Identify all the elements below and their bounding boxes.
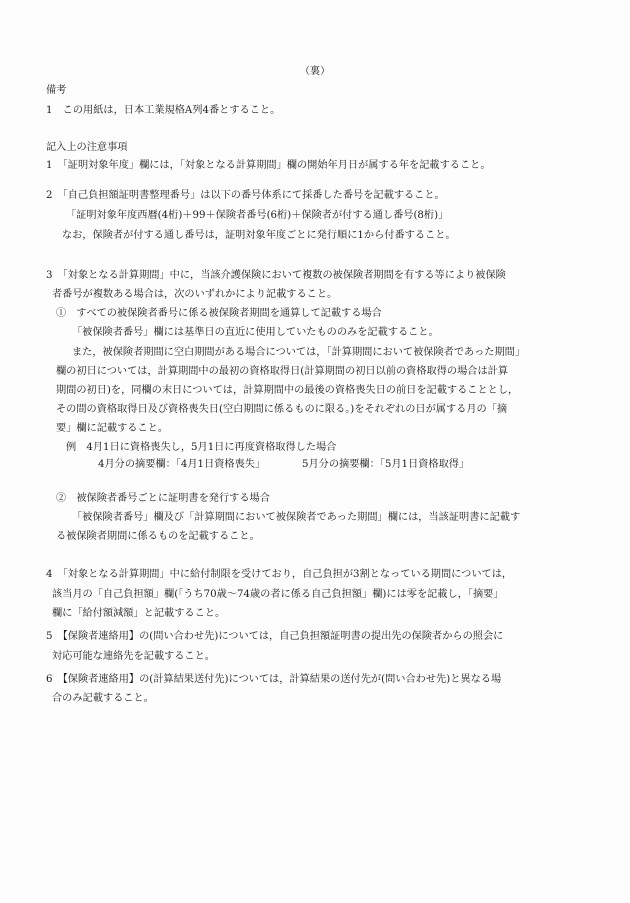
note-line: 該当月の「自己負担額」欄(「うち70歳～74歳の者に係る自己負担額」欄)には零を… (52, 588, 504, 602)
remarks-item: 1 この用紙は，日本工業規格A列4番とすること。 (46, 104, 280, 118)
note-line: 欄の初日については，計算期間中の最初の資格取得日(計算期間の初日以前の資格取得の… (56, 365, 508, 379)
note-line: 5 【保険者連絡用】の(問い合わせ先)については，自己負担額証明書の提出先の保険… (46, 630, 503, 644)
note-line: 4月分の摘要欄：「4月1日資格喪失」 (98, 458, 265, 472)
note-line: 期間の初日)を，同欄の末日については，計算期間中の最後の資格喪失日の前日を記載す… (56, 384, 518, 398)
note-line: 1 「証明対象年度」欄には，「対象となる計算期間」欄の開始年月日が属する年を記載… (46, 159, 491, 173)
note-line: 「被保険者番号」欄には基準日の直近に使用していたもののみを記載すること。 (72, 326, 439, 340)
note-line: 3 「対象となる計算期間」中に，当該介護保険において複数の被保険者期間を有する等… (46, 269, 506, 283)
note-line: 者番号が複数ある場合は，次のいずれかにより記載すること。 (52, 288, 337, 302)
note-line: 要」欄に記載すること。 (56, 422, 168, 436)
note-line: 「被保険者番号」欄及び「計算期間において被保険者であった期間」欄には，当該証明書… (72, 511, 520, 525)
note-line: ① すべての被保険者番号に係る被保険者期間を通算して記載する場合 (56, 307, 382, 321)
note-line: 合のみ記載すること。 (52, 692, 154, 706)
note-line: ② 被保険者番号ごとに証明書を発行する場合 (56, 492, 270, 506)
note-line: 2 「自己負担額証明書整理番号」は以下の番号体系にて採番した番号を記載すること。 (46, 189, 445, 203)
note-line: 「証明対象年度西暦(4桁)＋99＋保険者番号(6桁)＋保険者が付する通し番号(8… (66, 209, 448, 223)
note-line: その間の資格取得日及び資格喪失日(空白期間に係るものに限る。)をそれぞれの日が属… (56, 403, 507, 417)
note-line: る被保険者期間に係るものを記載すること。 (56, 530, 260, 544)
notes-heading: 記入上の注意事項 (46, 141, 128, 155)
note-line: 対応可能な連絡先を記載すること。 (52, 650, 215, 664)
side-label: （裏） (0, 65, 630, 79)
note-line: 5月分の摘要欄：「5月1日資格取得」 (302, 458, 469, 472)
note-line: 例 4月1日に資格喪失し，5月1日に再度資格取得した場合 (66, 441, 336, 455)
remarks-heading: 備考 (46, 84, 66, 98)
note-line: 4 「対象となる計算期間」中に給付制限を受けており，自己負担が3割となっている期… (46, 568, 512, 582)
note-line: 欄に「給付額減額」と記載すること。 (52, 607, 225, 621)
note-line: また，被保険者期間に空白期間がある場合については，「計算期間において被保険者であ… (72, 346, 525, 360)
note-line: なお，保険者が付する通し番号は，証明対象年度ごとに発行順に1から付番すること。 (62, 229, 456, 243)
note-line: 6 【保険者連絡用】の(計算結果送付先)については，計算結果の送付先が(問い合わ… (46, 673, 501, 687)
